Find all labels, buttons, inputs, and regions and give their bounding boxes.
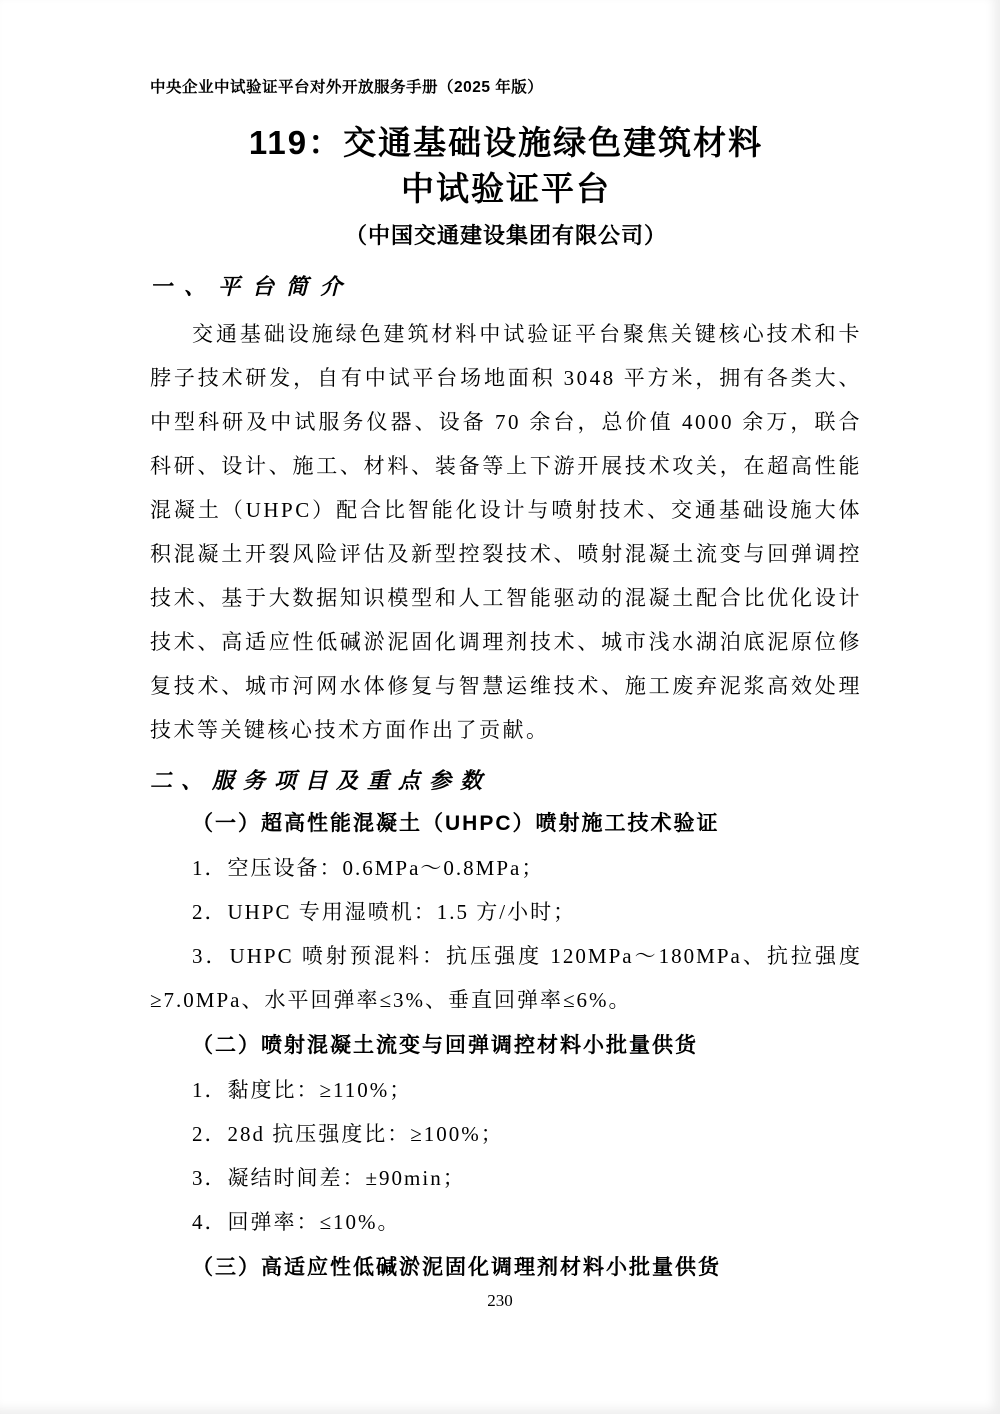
subsection-3: （三）高适应性低碱淤泥固化调理剂材料小批量供货	[150, 1246, 862, 1290]
document-header: 中央企业中试验证平台对外开放服务手册（2025 年版）	[150, 78, 862, 98]
service-item: 4．回弹率：≤10%。	[150, 1200, 862, 1244]
subsection-2-title: （二）喷射混凝土流变与回弹调控材料小批量供货	[150, 1024, 862, 1068]
subsection-3-title: （三）高适应性低碱淤泥固化调理剂材料小批量供货	[150, 1246, 862, 1290]
page-title: 119：交通基础设施绿色建筑材料 中试验证平台	[150, 120, 862, 212]
subsection-1: （一）超高性能混凝土（UHPC）喷射施工技术验证 1．空压设备：0.6MPa～0…	[150, 802, 862, 1022]
section-1-heading: 一、平台简介	[150, 268, 862, 306]
subsection-2: （二）喷射混凝土流变与回弹调控材料小批量供货 1．黏度比：≥110%； 2．28…	[150, 1024, 862, 1244]
page-title-line2: 中试验证平台	[150, 166, 862, 212]
service-item: 3．UHPC 喷射预混料：抗压强度 120MPa～180MPa、抗拉强度≥7.0…	[150, 934, 862, 1022]
service-item: 2．UHPC 专用湿喷机：1.5 方/小时；	[150, 890, 862, 934]
service-item: 1．黏度比：≥110%；	[150, 1068, 862, 1112]
section-2-heading: 二、服务项目及重点参数	[150, 762, 862, 800]
subsection-1-title: （一）超高性能混凝土（UHPC）喷射施工技术验证	[150, 802, 862, 846]
platform-intro-paragraph: 交通基础设施绿色建筑材料中试验证平台聚焦关键核心技术和卡脖子技术研发，自有中试平…	[150, 312, 862, 752]
company-subtitle: （中国交通建设集团有限公司）	[150, 222, 862, 250]
page-number: 230	[0, 1290, 1000, 1312]
page-title-line1: 119：交通基础设施绿色建筑材料	[150, 120, 862, 166]
service-item: 1．空压设备：0.6MPa～0.8MPa；	[150, 846, 862, 890]
service-item: 2．28d 抗压强度比：≥100%；	[150, 1112, 862, 1156]
service-item: 3．凝结时间差：±90min；	[150, 1156, 862, 1200]
document-page: 中央企业中试验证平台对外开放服务手册（2025 年版） 119：交通基础设施绿色…	[0, 0, 1000, 1414]
